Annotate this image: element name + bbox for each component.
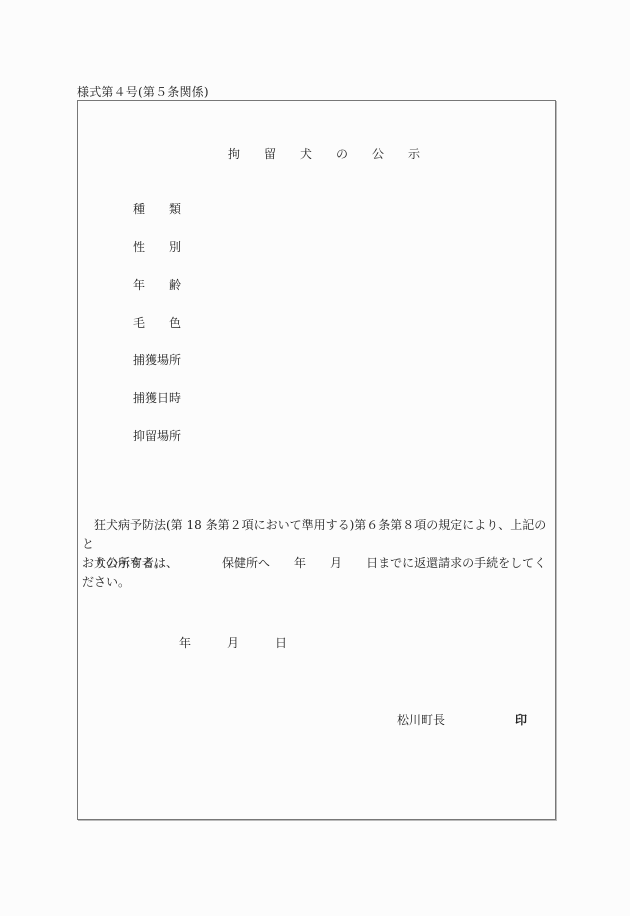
seal-mark: 印 — [515, 711, 527, 728]
title-char: 示 — [408, 145, 444, 162]
field-capture-datetime: 捕獲日時 — [133, 389, 181, 406]
field-breed: 種類 — [133, 200, 205, 217]
notice-frame: 拘留犬の公示 種類 性別 年齢 毛色 捕獲場所 捕獲日時 抑留場所 狂犬病予防法… — [77, 100, 556, 820]
date-month: 月 — [227, 634, 239, 651]
title-char: 拘 — [228, 145, 264, 162]
title-char: 留 — [264, 145, 300, 162]
signer-title: 松川町長 — [397, 711, 445, 728]
form-number-label: 様式第４号(第５条関係) — [77, 83, 209, 100]
notice-title: 拘留犬の公示 — [228, 145, 444, 162]
title-char: 公 — [372, 145, 408, 162]
field-coat-color: 毛色 — [133, 314, 205, 331]
title-char: 犬 — [300, 145, 336, 162]
title-char: の — [336, 145, 372, 162]
field-sex: 性別 — [133, 238, 205, 255]
notice-paragraph-2: 犬の所有者は、保健所へ年月日までに返還請求の手続をしてく ださい。 — [82, 554, 552, 592]
field-detention-location: 抑留場所 — [133, 427, 181, 444]
date-day: 日 — [275, 634, 287, 651]
date-year: 年 — [179, 634, 191, 651]
field-capture-location: 捕獲場所 — [133, 351, 181, 368]
field-age: 年齢 — [133, 276, 205, 293]
